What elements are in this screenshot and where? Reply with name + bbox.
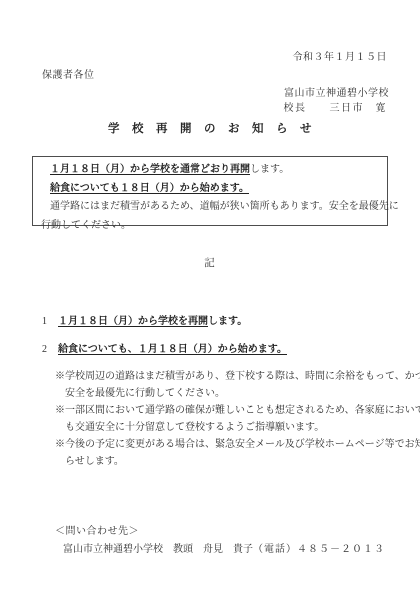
notes-block: ※学校周辺の道路はまだ積雪があり、登下校する際は、時間に余裕をもって、かつ 安全…: [55, 368, 395, 470]
sender-school: 富山市立神通碧小学校: [284, 84, 389, 99]
document-date: 令和３年１月１５日: [293, 48, 388, 63]
notice-box-line-3: 通学路にはまだ積雪があるため、道幅が狭い箇所もあります。安全を最優先に: [41, 198, 379, 217]
recipient-line: 保護者各位: [42, 66, 95, 81]
document-page: 令和３年１月１５日 保護者各位 富山市立神通碧小学校 校長 三日市 寛 学 校 …: [0, 0, 420, 595]
list-item-2-emphasis: 給食についても、１月１８日（月）から始めます。: [58, 344, 287, 355]
list-item-1-emphasis: １月１８日（月）から学校を再開: [58, 316, 208, 327]
list-item-1-number: 1: [42, 316, 58, 327]
contact-heading: ＜問い合わせ先＞: [55, 522, 139, 537]
page-title: 学 校 再 開 の お 知 ら せ: [0, 120, 420, 136]
notice-lunch-emphasis: 給食についても１８日（月）から始めます。: [50, 183, 249, 194]
notice-reopen-rest: します。: [250, 164, 289, 175]
list-item-2-number: 2: [42, 344, 58, 355]
list-item-2: 2給食についても、１月１８日（月）から始めます。: [42, 340, 287, 355]
note-2-line-1: ※一部区間において通学路の確保が難しいことも想定されるため、各家庭において: [55, 402, 395, 419]
sender-principal: 校長 三日市 寛: [284, 99, 388, 114]
notice-box-line-4: 行動してください。: [41, 217, 379, 236]
list-item-1-rest: します。: [208, 316, 247, 327]
record-marker: 記: [0, 255, 420, 270]
contact-phone: （電話）４８５－２０１３: [253, 540, 385, 555]
note-3-line-1: ※今後の予定に変更がある場合は、緊急安全メール及び学校ホームページ等でお知: [55, 436, 395, 453]
list-item-1: 1１月１８日（月）から学校を再開します。: [42, 312, 247, 327]
notice-reopen-emphasis: １月１８日（月）から学校を通常どおり再開: [50, 164, 250, 175]
notice-box: １月１８日（月）から学校を通常どおり再開します。 給食についても１８日（月）から…: [32, 156, 388, 226]
contact-line: 富山市立神通碧小学校 教頭 舟見 貴子 （電話）４８５－２０１３: [63, 540, 385, 555]
note-1-line-2: 安全を最優先に行動してください。: [55, 385, 395, 402]
note-3-line-2: らせします。: [55, 453, 395, 470]
contact-school-person: 富山市立神通碧小学校 教頭 舟見 貴子: [63, 540, 253, 555]
note-1-line-1: ※学校周辺の道路はまだ積雪があり、登下校する際は、時間に余裕をもって、かつ: [55, 368, 395, 385]
notice-box-line-1: １月１８日（月）から学校を通常どおり再開します。: [41, 161, 379, 180]
notice-box-line-2: 給食についても１８日（月）から始めます。: [41, 180, 379, 199]
note-2-line-2: も交通安全に十分留意して登校するようご指導願います。: [55, 419, 395, 436]
